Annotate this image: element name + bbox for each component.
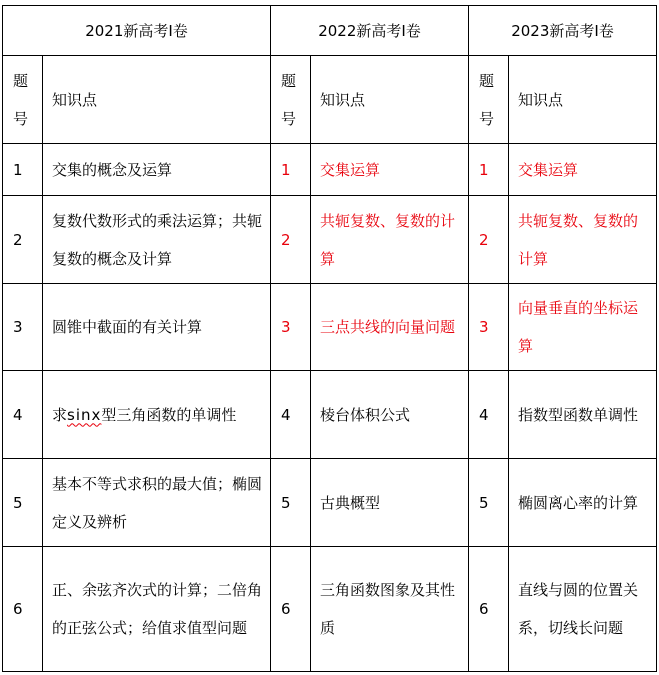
num-2021: 3 (3, 284, 43, 371)
kp-2022: 共轭复数、复数的计算 (311, 196, 469, 284)
kp-header-2022: 知识点 (311, 56, 469, 144)
num-2021: 6 (3, 547, 43, 672)
num-2023: 5 (469, 459, 509, 547)
year-header-2023: 2023新高考Ⅰ卷 (469, 6, 657, 56)
knowledge-points-table: 2021新高考Ⅰ卷 2022新高考Ⅰ卷 2023新高考Ⅰ卷 题号 知识点 题号 … (2, 5, 657, 672)
num-2023: 3 (469, 284, 509, 371)
num-2023: 4 (469, 371, 509, 459)
year-header-row: 2021新高考Ⅰ卷 2022新高考Ⅰ卷 2023新高考Ⅰ卷 (3, 6, 657, 56)
num-header-2021: 题号 (3, 56, 43, 144)
kp-2021: 复数代数形式的乘法运算；共轭复数的概念及计算 (43, 196, 271, 284)
kp-2023: 交集运算 (509, 144, 657, 196)
kp-header-2023: 知识点 (509, 56, 657, 144)
kp-prefix: 求 (52, 406, 67, 424)
kp-2022: 古典概型 (311, 459, 469, 547)
table-row: 2 复数代数形式的乘法运算；共轭复数的概念及计算 2 共轭复数、复数的计算 2 … (3, 196, 657, 284)
num-header-2023: 题号 (469, 56, 509, 144)
kp-2021: 圆锥中截面的有关计算 (43, 284, 271, 371)
num-2021: 5 (3, 459, 43, 547)
kp-header-2021: 知识点 (43, 56, 271, 144)
num-2023: 6 (469, 547, 509, 672)
kp-2021: 求sinx型三角函数的单调性 (43, 371, 271, 459)
table-row: 3 圆锥中截面的有关计算 3 三点共线的向量问题 3 向量垂直的坐标运算 (3, 284, 657, 371)
kp-2023: 直线与圆的位置关系，切线长问题 (509, 547, 657, 672)
table-row: 1 交集的概念及运算 1 交集运算 1 交集运算 (3, 144, 657, 196)
table-row: 4 求sinx型三角函数的单调性 4 棱台体积公式 4 指数型函数单调性 (3, 371, 657, 459)
num-2021: 4 (3, 371, 43, 459)
num-2022: 6 (271, 547, 311, 672)
num-2022: 1 (271, 144, 311, 196)
kp-2022: 交集运算 (311, 144, 469, 196)
num-2022: 4 (271, 371, 311, 459)
table-row: 6 正、余弦齐次式的计算；二倍角的正弦公式；给值求值型问题 6 三角函数图象及其… (3, 547, 657, 672)
kp-2023: 椭圆离心率的计算 (509, 459, 657, 547)
num-2023: 2 (469, 196, 509, 284)
kp-2023: 向量垂直的坐标运算 (509, 284, 657, 371)
num-2021: 1 (3, 144, 43, 196)
kp-2023: 指数型函数单调性 (509, 371, 657, 459)
num-2022: 2 (271, 196, 311, 284)
spellcheck-underlined-term: sinx (67, 406, 101, 424)
kp-2021: 基本不等式求积的最大值；椭圆定义及辨析 (43, 459, 271, 547)
kp-2022: 棱台体积公式 (311, 371, 469, 459)
kp-2023: 共轭复数、复数的计算 (509, 196, 657, 284)
kp-2021: 交集的概念及运算 (43, 144, 271, 196)
num-header-2022: 题号 (271, 56, 311, 144)
kp-2021: 正、余弦齐次式的计算；二倍角的正弦公式；给值求值型问题 (43, 547, 271, 672)
kp-suffix: 型三角函数的单调性 (101, 406, 236, 424)
year-header-2022: 2022新高考Ⅰ卷 (271, 6, 469, 56)
kp-2022: 三点共线的向量问题 (311, 284, 469, 371)
num-2022: 3 (271, 284, 311, 371)
kp-2022: 三角函数图象及其性质 (311, 547, 469, 672)
num-2022: 5 (271, 459, 311, 547)
year-header-2021: 2021新高考Ⅰ卷 (3, 6, 271, 56)
column-header-row: 题号 知识点 题号 知识点 题号 知识点 (3, 56, 657, 144)
num-2023: 1 (469, 144, 509, 196)
table-row: 5 基本不等式求积的最大值；椭圆定义及辨析 5 古典概型 5 椭圆离心率的计算 (3, 459, 657, 547)
num-2021: 2 (3, 196, 43, 284)
